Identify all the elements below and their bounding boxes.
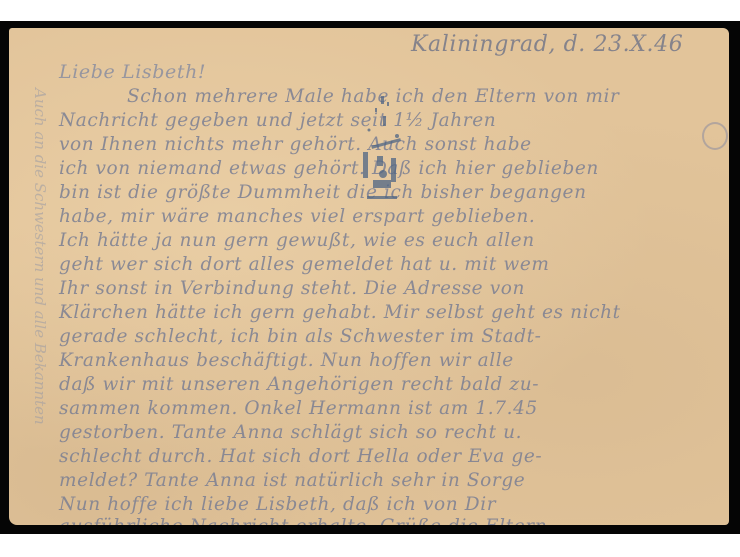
text-line: Nachricht gegeben und jetzt seit 1½ Jahr…	[59, 110, 496, 131]
text-line: Krankenhaus beschäftigt. Nun hoffen wir …	[59, 350, 514, 371]
place-date-header: Kaliningrad, d. 23.X.46	[411, 32, 683, 57]
text-line: gestorben. Tante Anna schlägt sich so re…	[59, 422, 522, 443]
text-line: sammen kommen. Onkel Hermann ist am 1.7.…	[59, 398, 538, 419]
circle-mark	[702, 122, 728, 150]
text-line: von Ihnen nichts mehr gehört. Auch sonst…	[59, 134, 532, 155]
text-line: geht wer sich dort alles gemeldet hat u.…	[59, 254, 550, 275]
text-line: bin ist die größte Dummheit die ich bish…	[59, 182, 587, 203]
text-line: Ihr sonst in Verbindung steht. Die Adres…	[59, 278, 525, 299]
text-line: Nun hoffe ich liebe Lisbeth, daß ich von…	[59, 494, 496, 515]
text-line: meldet? Tante Anna ist natürlich sehr in…	[59, 470, 525, 491]
margin-note: Auch an die Schwestern und alle Bekannte…	[31, 88, 49, 425]
postcard: Kaliningrad, d. 23.X.46 Liebe Lisbeth! S…	[9, 28, 729, 525]
text-line: Klärchen hätte ich gern gehabt. Mir selb…	[59, 302, 621, 323]
salutation: Liebe Lisbeth!	[59, 61, 206, 83]
postmark-stamp-icon	[353, 96, 413, 206]
text-line: ich von niemand etwas gehört. Daß ich hi…	[59, 158, 599, 179]
text-line: schlecht durch. Hat sich dort Hella oder…	[59, 446, 542, 467]
text-line: ausführliche Nachricht erhalte. Grüße di…	[59, 516, 547, 525]
text-line: gerade schlecht, ich bin als Schwester i…	[59, 326, 542, 347]
text-line: daß wir mit unseren Angehörigen recht ba…	[59, 374, 539, 395]
text-line: Ich hätte ja nun gern gewußt, wie es euc…	[59, 230, 535, 251]
text-line: habe, mir wäre manches viel erspart gebl…	[59, 206, 535, 227]
